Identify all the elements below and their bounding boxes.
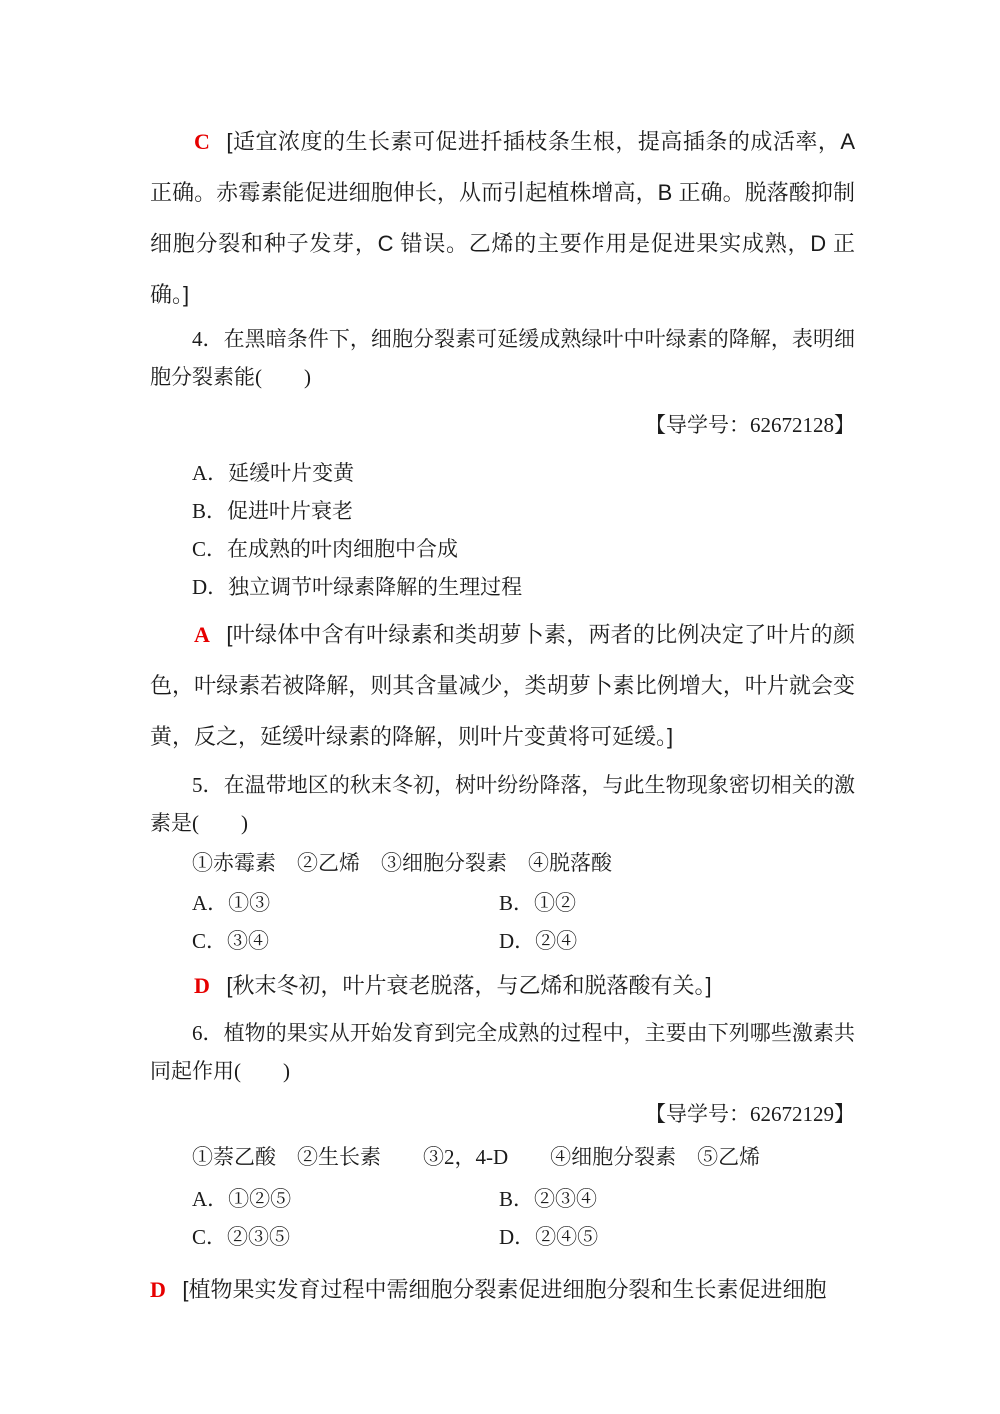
answer-text-d5: [秋末冬初，叶片衰老脱落，与乙烯和脱落酸有关。] [226, 973, 711, 998]
question-6-option-b: B．②③④ [499, 1180, 597, 1218]
answer-text-d6: [植物果实发育过程中需细胞分裂素促进细胞分裂和生长素促进细胞 [182, 1277, 826, 1302]
question-4-options: A．延缓叶片变黄 B．促进叶片衰老 C．在成熟的叶肉细胞中合成 D．独立调节叶绿… [150, 454, 855, 606]
answer-text-a: [叶绿体中含有叶绿素和类胡萝卜素，两者的比例决定了叶片的颜色，叶绿素若被降解，则… [150, 622, 855, 749]
guide-number-1: 【导学号：62672128】 [150, 406, 855, 444]
question-5-option-d: D．②④ [499, 922, 577, 960]
question-4-option-c: C．在成熟的叶肉细胞中合成 [150, 530, 855, 568]
question-5-hormone-list: ①赤霉素 ②乙烯 ③细胞分裂素 ④脱落酸 [150, 844, 855, 882]
question-5-options-row-2: C．③④ D．②④ [150, 922, 855, 960]
question-5-option-c: C．③④ [150, 922, 499, 960]
question-5-stem: 5．在温带地区的秋末冬初，树叶纷纷降落，与此生物现象密切相关的激素是( ) [150, 766, 855, 842]
question-6-option-c: C．②③⑤ [150, 1218, 499, 1256]
question-5-option-a: A．①③ [150, 884, 499, 922]
question-6-option-a: A．①②⑤ [150, 1180, 499, 1218]
answer-explanation-d6: D[植物果实发育过程中需细胞分裂素促进细胞分裂和生长素促进细胞 [150, 1264, 855, 1315]
question-4-stem: 4．在黑暗条件下，细胞分裂素可延缓成熟绿叶中叶绿素的降解，表明细胞分裂素能( ) [150, 320, 855, 396]
answer-explanation-c: C[适宜浓度的生长素可促进扦插枝条生根，提高插条的成活率，A 正确。赤霉素能促进… [150, 116, 855, 320]
answer-letter-c: C [194, 129, 210, 154]
answer-explanation-a: A[叶绿体中含有叶绿素和类胡萝卜素，两者的比例决定了叶片的颜色，叶绿素若被降解，… [150, 609, 855, 762]
question-4-option-b: B．促进叶片衰老 [150, 492, 855, 530]
question-6-options-row-2: C．②③⑤ D．②④⑤ [150, 1218, 855, 1256]
answer-text-c: [适宜浓度的生长素可促进扦插枝条生根，提高插条的成活率，A 正确。赤霉素能促进细… [150, 129, 855, 307]
question-5-option-b: B．①② [499, 884, 576, 922]
question-6-options-row-1: A．①②⑤ B．②③④ [150, 1180, 855, 1218]
guide-number-2: 【导学号：62672129】 [150, 1095, 855, 1133]
answer-explanation-d5: D[秋末冬初，叶片衰老脱落，与乙烯和脱落酸有关。] [150, 960, 855, 1011]
question-6-hormone-list: ①萘乙酸 ②生长素 ③2，4-D ④细胞分裂素 ⑤乙烯 [150, 1138, 855, 1176]
question-4-option-a: A．延缓叶片变黄 [150, 454, 855, 492]
answer-letter-d6: D [150, 1277, 166, 1302]
question-6-stem: 6．植物的果实从开始发育到完全成熟的过程中，主要由下列哪些激素共同起作用( ) [150, 1014, 855, 1090]
answer-letter-d5: D [194, 973, 210, 998]
document-page: C[适宜浓度的生长素可促进扦插枝条生根，提高插条的成活率，A 正确。赤霉素能促进… [0, 0, 1000, 1414]
answer-letter-a: A [194, 622, 210, 647]
question-5-options-row-1: A．①③ B．①② [150, 884, 855, 922]
question-6-option-d: D．②④⑤ [499, 1218, 598, 1256]
text-column: C[适宜浓度的生长素可促进扦插枝条生根，提高插条的成活率，A 正确。赤霉素能促进… [150, 116, 855, 1315]
question-4-option-d: D．独立调节叶绿素降解的生理过程 [150, 568, 855, 606]
